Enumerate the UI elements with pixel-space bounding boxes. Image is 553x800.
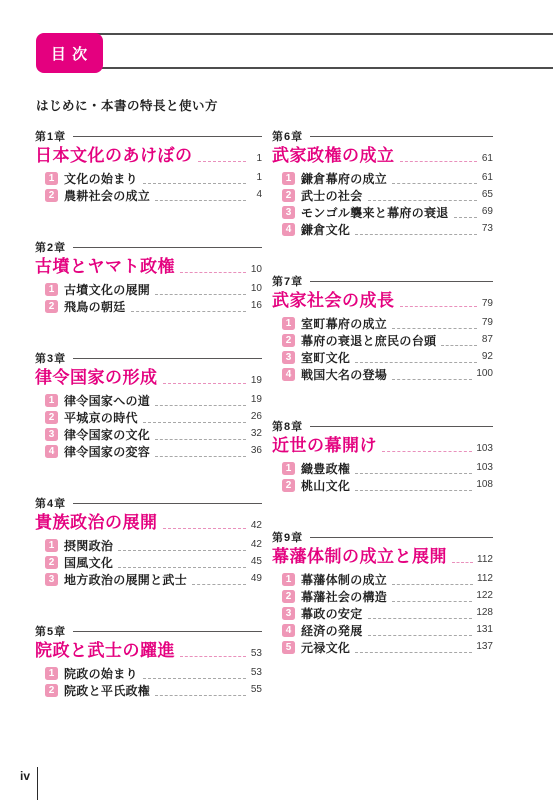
chapter-block: 第5章院政と武士の躍進531院政の始まり532院政と平氏政権55: [35, 624, 262, 699]
chapter-rule-line: [73, 358, 262, 359]
section-title: 文化の始まり: [64, 171, 138, 187]
section-row: 2幕藩社会の構造122: [282, 588, 493, 605]
dotted-leader: [382, 451, 472, 452]
section-number-badge: 3: [45, 573, 58, 586]
chapter-title-row: 武家社会の成長79: [272, 291, 493, 311]
chapter-label-row: 第8章: [272, 419, 493, 433]
section-title: 戦国大名の登場: [301, 367, 387, 383]
section-number-badge: 2: [45, 556, 58, 569]
section-title: 院政と平氏政権: [64, 683, 150, 699]
section-page-number: 53: [250, 667, 262, 679]
dotted-leader: [400, 161, 478, 162]
section-title: 経済の発展: [301, 623, 363, 639]
section-page-number: 108: [476, 479, 493, 491]
section-row: 2院政と平氏政権55: [45, 682, 262, 699]
section-number-badge: 1: [45, 394, 58, 407]
dotted-leader: [155, 439, 246, 440]
section-row: 3モンゴル襲来と幕府の衰退69: [282, 204, 493, 221]
chapter-label: 第9章: [272, 529, 303, 545]
chapter-title-row: 貴族政治の展開42: [35, 513, 262, 533]
section-title: 平城京の時代: [64, 410, 138, 426]
section-title: 幕藩体制の成立: [301, 572, 387, 588]
dotted-leader: [355, 652, 472, 653]
chapter-label-row: 第7章: [272, 274, 493, 288]
section-list: 1古墳文化の展開102飛鳥の朝廷16: [35, 281, 262, 315]
section-row: 1鎌倉幕府の成立61: [282, 170, 493, 187]
chapter-title-row: 古墳とヤマト政権10: [35, 257, 262, 277]
chapter-label: 第2章: [35, 239, 66, 255]
chapter-block: 第6章武家政権の成立611鎌倉幕府の成立612武士の社会653モンゴル襲来と幕府…: [272, 129, 493, 238]
chapter-label-row: 第2章: [35, 240, 262, 254]
section-page-number: 79: [481, 317, 493, 329]
section-title: 飛鳥の朝廷: [64, 299, 126, 315]
chapter-title: 律令国家の形成: [35, 368, 158, 388]
chapter-page-number: 79: [481, 298, 493, 310]
dotted-leader: [143, 183, 246, 184]
section-list: 1律令国家への道192平城京の時代263律令国家の文化324律令国家の変容36: [35, 392, 262, 460]
section-title: 室町幕府の成立: [301, 316, 387, 332]
section-title: 農耕社会の成立: [64, 188, 150, 204]
chapter-label-row: 第4章: [35, 496, 262, 510]
section-row: 2国風文化45: [45, 554, 262, 571]
section-page-number: 128: [476, 607, 493, 619]
section-number-badge: 4: [282, 368, 295, 381]
section-row: 1摂関政治42: [45, 537, 262, 554]
section-page-number: 42: [250, 539, 262, 551]
section-row: 1文化の始まり1: [45, 170, 262, 187]
dotted-leader: [392, 584, 473, 585]
chapter-label-row: 第3章: [35, 351, 262, 365]
chapter-label: 第5章: [35, 623, 66, 639]
section-list: 1鎌倉幕府の成立612武士の社会653モンゴル襲来と幕府の衰退694鎌倉文化73: [272, 170, 493, 238]
section-row: 4律令国家の変容36: [45, 443, 262, 460]
section-number-badge: 2: [282, 189, 295, 202]
chapter-page-number: 10: [250, 264, 262, 276]
chapter-label: 第6章: [272, 128, 303, 144]
dotted-leader: [452, 562, 473, 563]
section-number-badge: 2: [45, 189, 58, 202]
section-row: 4経済の発展131: [282, 622, 493, 639]
section-title: 地方政治の展開と武士: [64, 572, 187, 588]
dotted-leader: [163, 528, 247, 529]
chapter-rule-line: [310, 136, 493, 137]
chapter-label: 第7章: [272, 273, 303, 289]
section-list: 1幕藩体制の成立1122幕藩社会の構造1223幕政の安定1284経済の発展131…: [272, 571, 493, 656]
section-title: 幕政の安定: [301, 606, 363, 622]
dotted-leader: [368, 635, 473, 636]
chapter-title: 武家政権の成立: [272, 146, 395, 166]
chapter-rule-line: [310, 537, 493, 538]
chapter-title-row: 武家政権の成立61: [272, 146, 493, 166]
chapter-rule-line: [310, 426, 493, 427]
section-title: 古墳文化の展開: [64, 282, 150, 298]
dotted-leader: [392, 328, 477, 329]
section-number-badge: 1: [45, 283, 58, 296]
chapter-rule-line: [73, 631, 262, 632]
chapter-rule-line: [73, 503, 262, 504]
dotted-leader: [355, 473, 472, 474]
chapter-label: 第3章: [35, 350, 66, 366]
chapter-label: 第1章: [35, 128, 66, 144]
section-page-number: 26: [250, 411, 262, 423]
intro-line: はじめに・本書の特長と使い方: [36, 96, 218, 114]
dotted-leader: [454, 217, 477, 218]
chapter-title: 貴族政治の展開: [35, 513, 158, 533]
dotted-leader: [118, 550, 246, 551]
section-number-badge: 2: [282, 334, 295, 347]
dotted-leader: [355, 234, 477, 235]
section-row: 4鎌倉文化73: [282, 221, 493, 238]
section-title: 織豊政権: [301, 461, 350, 477]
dotted-leader: [355, 362, 477, 363]
section-page-number: 16: [250, 300, 262, 312]
dotted-leader: [355, 490, 472, 491]
section-row: 1院政の始まり53: [45, 665, 262, 682]
chapter-title: 幕藩体制の成立と展開: [272, 547, 447, 567]
section-title: 元禄文化: [301, 640, 350, 656]
section-number-badge: 2: [45, 411, 58, 424]
section-title: 国風文化: [64, 555, 113, 571]
section-page-number: 4: [250, 189, 262, 201]
dotted-leader: [143, 678, 246, 679]
section-page-number: 19: [250, 394, 262, 406]
folio-rule-line: [37, 767, 38, 800]
chapter-page-number: 1: [250, 153, 262, 165]
toc-header-bar: 目 次: [36, 33, 553, 69]
toc-column-left: 第1章日本文化のあけぼの11文化の始まり12農耕社会の成立4第2章古墳とヤマト政…: [35, 129, 262, 735]
section-list: 1織豊政権1032桃山文化108: [272, 460, 493, 494]
section-page-number: 10: [250, 283, 262, 295]
section-number-badge: 2: [282, 479, 295, 492]
folio-page-number: iv: [20, 769, 30, 783]
dotted-leader: [163, 383, 247, 384]
chapter-page-number: 19: [250, 375, 262, 387]
section-number-badge: 2: [45, 684, 58, 697]
section-number-badge: 3: [282, 206, 295, 219]
section-number-badge: 4: [45, 445, 58, 458]
section-title: 幕藩社会の構造: [301, 589, 387, 605]
section-page-number: 69: [481, 206, 493, 218]
dotted-leader: [155, 695, 246, 696]
section-row: 3律令国家の文化32: [45, 426, 262, 443]
chapter-page-number: 112: [477, 554, 493, 566]
chapter-label-row: 第5章: [35, 624, 262, 638]
dotted-leader: [155, 200, 246, 201]
dotted-leader: [180, 272, 246, 273]
section-title: モンゴル襲来と幕府の衰退: [301, 205, 449, 221]
chapter-page-number: 42: [250, 520, 262, 532]
chapter-block: 第3章律令国家の形成191律令国家への道192平城京の時代263律令国家の文化3…: [35, 351, 262, 460]
section-title: 鎌倉幕府の成立: [301, 171, 387, 187]
chapter-title-row: 律令国家の形成19: [35, 368, 262, 388]
chapter-block: 第4章貴族政治の展開421摂関政治422国風文化453地方政治の展開と武士49: [35, 496, 262, 588]
section-row: 1律令国家への道19: [45, 392, 262, 409]
section-title: 幕府の衰退と庶民の台頭: [301, 333, 436, 349]
dotted-leader: [155, 405, 246, 406]
section-title: 律令国家の文化: [64, 427, 150, 443]
chapter-rule-line: [73, 247, 262, 248]
chapter-title: 院政と武士の躍進: [35, 641, 175, 661]
section-page-number: 87: [481, 334, 493, 346]
chapter-block: 第8章近世の幕開け1031織豊政権1032桃山文化108: [272, 419, 493, 494]
chapter-title: 古墳とヤマト政権: [35, 257, 175, 277]
chapter-block: 第7章武家社会の成長791室町幕府の成立792幕府の衰退と庶民の台頭873室町文…: [272, 274, 493, 383]
dotted-leader: [155, 456, 246, 457]
section-page-number: 65: [481, 189, 493, 201]
section-page-number: 45: [250, 556, 262, 568]
section-page-number: 137: [476, 641, 493, 653]
section-title: 律令国家への道: [64, 393, 150, 409]
section-title: 武士の社会: [301, 188, 363, 204]
section-title: 鎌倉文化: [301, 222, 350, 238]
section-number-badge: 3: [282, 351, 295, 364]
section-page-number: 49: [250, 573, 262, 585]
section-title: 室町文化: [301, 350, 350, 366]
section-page-number: 73: [481, 223, 493, 235]
chapter-title: 日本文化のあけぼの: [35, 146, 193, 166]
section-row: 3地方政治の展開と武士49: [45, 571, 262, 588]
section-row: 4戦国大名の登場100: [282, 366, 493, 383]
section-row: 1室町幕府の成立79: [282, 315, 493, 332]
section-list: 1文化の始まり12農耕社会の成立4: [35, 170, 262, 204]
chapter-title-row: 院政と武士の躍進53: [35, 641, 262, 661]
chapter-page-number: 53: [250, 648, 262, 660]
chapter-block: 第1章日本文化のあけぼの11文化の始まり12農耕社会の成立4: [35, 129, 262, 204]
chapter-rule-line: [73, 136, 262, 137]
section-number-badge: 4: [282, 223, 295, 236]
section-title: 摂関政治: [64, 538, 113, 554]
section-page-number: 32: [250, 428, 262, 440]
toc-header-tab: 目 次: [36, 33, 103, 73]
toc-column-right: 第6章武家政権の成立611鎌倉幕府の成立612武士の社会653モンゴル襲来と幕府…: [272, 129, 493, 735]
section-number-badge: 2: [45, 300, 58, 313]
chapter-label: 第8章: [272, 418, 303, 434]
chapter-label-row: 第6章: [272, 129, 493, 143]
section-page-number: 131: [476, 624, 493, 636]
chapter-page-number: 61: [481, 153, 493, 165]
section-page-number: 100: [476, 368, 493, 380]
dotted-leader: [400, 306, 478, 307]
section-row: 2幕府の衰退と庶民の台頭87: [282, 332, 493, 349]
section-row: 2武士の社会65: [282, 187, 493, 204]
section-page-number: 36: [250, 445, 262, 457]
dotted-leader: [392, 379, 472, 380]
section-row: 5元禄文化137: [282, 639, 493, 656]
section-number-badge: 1: [282, 317, 295, 330]
section-row: 2飛鳥の朝廷16: [45, 298, 262, 315]
section-page-number: 61: [481, 172, 493, 184]
dotted-leader: [368, 618, 473, 619]
section-row: 1織豊政権103: [282, 460, 493, 477]
section-number-badge: 1: [45, 539, 58, 552]
section-page-number: 1: [250, 172, 262, 184]
section-page-number: 92: [481, 351, 493, 363]
dotted-leader: [441, 345, 477, 346]
chapter-block: 第9章幕藩体制の成立と展開1121幕藩体制の成立1122幕藩社会の構造1223幕…: [272, 530, 493, 656]
section-number-badge: 3: [45, 428, 58, 441]
section-row: 3室町文化92: [282, 349, 493, 366]
chapter-block: 第2章古墳とヤマト政権101古墳文化の展開102飛鳥の朝廷16: [35, 240, 262, 315]
chapter-title: 武家社会の成長: [272, 291, 395, 311]
section-number-badge: 3: [282, 607, 295, 620]
section-page-number: 55: [250, 684, 262, 696]
section-number-badge: 1: [282, 462, 295, 475]
section-number-badge: 4: [282, 624, 295, 637]
dotted-leader: [198, 161, 247, 162]
dotted-leader: [192, 584, 246, 585]
chapter-title-row: 幕藩体制の成立と展開112: [272, 547, 493, 567]
section-title: 院政の始まり: [64, 666, 138, 682]
chapter-rule-line: [310, 281, 493, 282]
chapter-title-row: 近世の幕開け103: [272, 436, 493, 456]
section-row: 2桃山文化108: [282, 477, 493, 494]
toc-body: 第1章日本文化のあけぼの11文化の始まり12農耕社会の成立4第2章古墳とヤマト政…: [35, 129, 493, 735]
section-row: 2平城京の時代26: [45, 409, 262, 426]
section-page-number: 112: [477, 573, 493, 585]
section-row: 1古墳文化の展開10: [45, 281, 262, 298]
section-number-badge: 1: [45, 667, 58, 680]
dotted-leader: [143, 422, 246, 423]
section-number-badge: 5: [282, 641, 295, 654]
section-list: 1院政の始まり532院政と平氏政権55: [35, 665, 262, 699]
section-number-badge: 1: [282, 172, 295, 185]
chapter-label: 第4章: [35, 495, 66, 511]
section-list: 1室町幕府の成立792幕府の衰退と庶民の台頭873室町文化924戦国大名の登場1…: [272, 315, 493, 383]
chapter-label-row: 第9章: [272, 530, 493, 544]
dotted-leader: [368, 200, 477, 201]
section-number-badge: 1: [282, 573, 295, 586]
section-row: 1幕藩体制の成立112: [282, 571, 493, 588]
chapter-title: 近世の幕開け: [272, 436, 377, 456]
section-page-number: 122: [476, 590, 493, 602]
dotted-leader: [392, 183, 477, 184]
section-row: 3幕政の安定128: [282, 605, 493, 622]
dotted-leader: [392, 601, 472, 602]
chapter-page-number: 103: [476, 443, 493, 455]
section-number-badge: 1: [45, 172, 58, 185]
dotted-leader: [180, 656, 246, 657]
chapter-label-row: 第1章: [35, 129, 262, 143]
section-row: 2農耕社会の成立4: [45, 187, 262, 204]
section-title: 桃山文化: [301, 478, 350, 494]
chapter-title-row: 日本文化のあけぼの1: [35, 146, 262, 166]
section-page-number: 103: [476, 462, 493, 474]
dotted-leader: [131, 311, 246, 312]
section-list: 1摂関政治422国風文化453地方政治の展開と武士49: [35, 537, 262, 588]
dotted-leader: [118, 567, 246, 568]
section-number-badge: 2: [282, 590, 295, 603]
dotted-leader: [155, 294, 246, 295]
section-title: 律令国家の変容: [64, 444, 150, 460]
